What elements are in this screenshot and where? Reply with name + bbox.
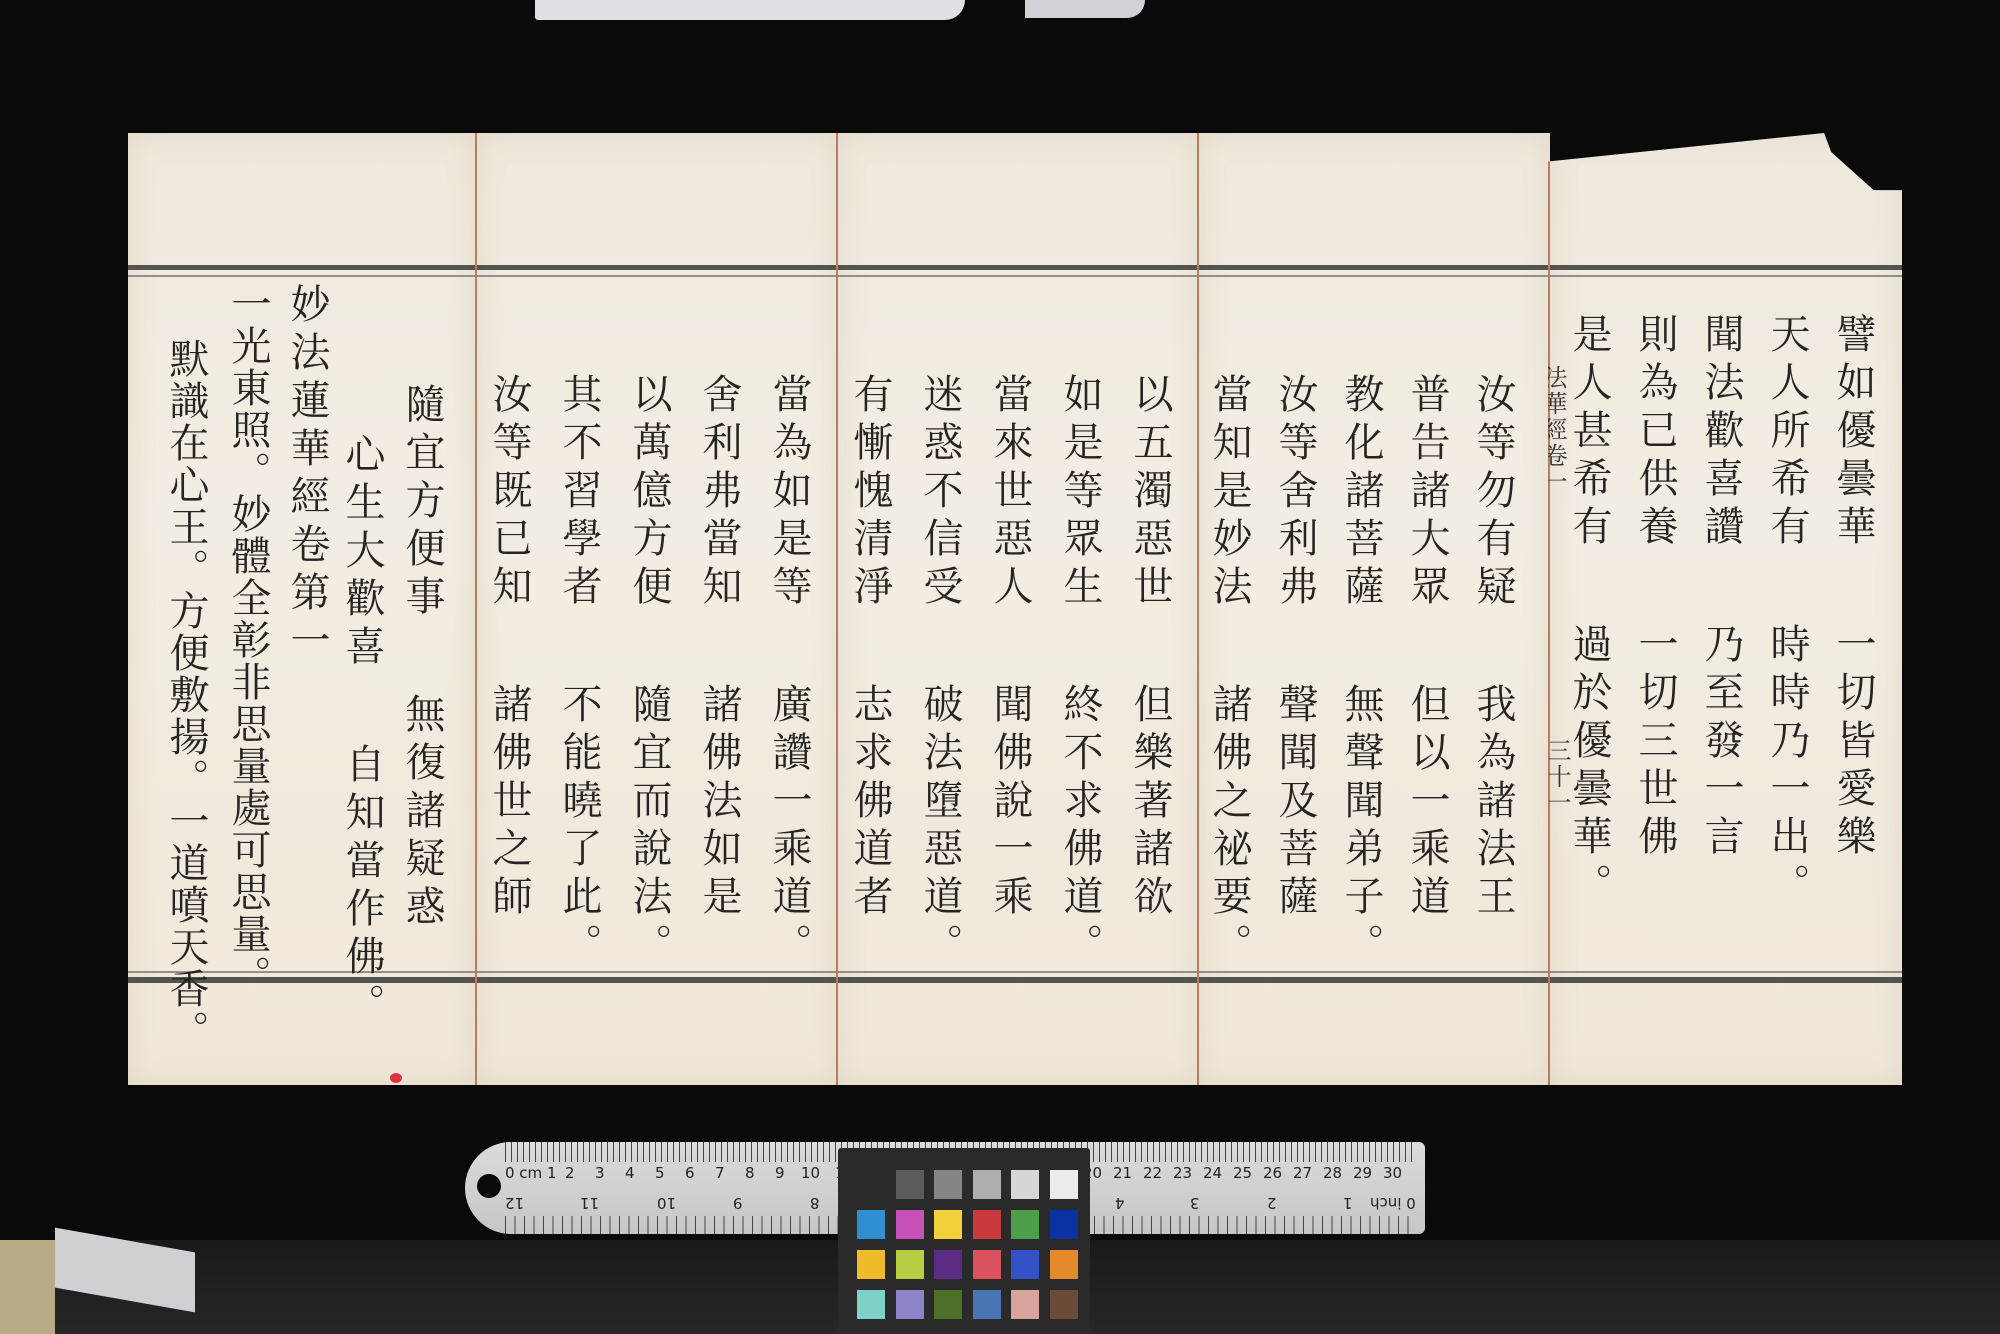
page-panel-3: 以五濁惡世但樂著諸欲 如是等眾生終不求佛道。 當來世惡人聞佛說一乘 迷惑不信受破… (836, 133, 1199, 1085)
color-swatch (973, 1250, 1001, 1279)
color-swatch (1011, 1290, 1039, 1319)
text-column: 迷惑不信受破法墮惡道。 (911, 373, 969, 965)
color-swatch (973, 1170, 1001, 1199)
page-panel-1: 法華經卷一 三十一 譬如優曇華一切皆愛樂 天人所希有時時乃一出。 聞法歡喜讚乃至… (1548, 133, 1902, 1085)
text-column: 是人甚希有過於優曇華。 (1560, 313, 1618, 965)
red-seal-mark (390, 1073, 402, 1083)
text-column: 如是等眾生終不求佛道。 (1051, 373, 1109, 965)
color-calibration-card (838, 1148, 1090, 1334)
color-swatch (934, 1210, 962, 1239)
color-swatch (1050, 1170, 1078, 1199)
text-column: 隨宜方便事無復諸疑惑 (393, 383, 451, 933)
text-column: 當來世惡人聞佛說一乘 (981, 373, 1039, 965)
page-panel-4: 當為如是等廣讚一乘道。 舍利弗當知諸佛法如是 以萬億方便隨宜而說法。 其不習學者… (475, 133, 838, 1085)
cardboard-edge (0, 1240, 55, 1334)
color-swatch (934, 1290, 962, 1319)
text-column: 以五濁惡世但樂著諸欲 (1121, 373, 1179, 965)
color-swatch (896, 1210, 924, 1239)
text-column: 汝等既已知諸佛世之師 (480, 373, 538, 965)
text-column: 以萬億方便隨宜而說法。 (620, 373, 678, 965)
text-column: 則為已供養一切三世佛 (1626, 313, 1684, 965)
text-column: 教化諸菩薩無聲聞弟子。 (1332, 373, 1390, 965)
tissue-paper-fold (1025, 0, 1145, 18)
text-column: 舍利弗當知諸佛法如是 (690, 373, 748, 965)
page-panel-5: 隨宜方便事無復諸疑惑 心生大歡喜自知當作佛。 妙法蓮華經卷第一 一光東照。妙體全… (128, 133, 475, 1085)
color-swatch (934, 1250, 962, 1279)
tissue-paper (535, 0, 965, 20)
text-column: 心生大歡喜自知當作佛。 (333, 433, 391, 1031)
text-column: 天人所希有時時乃一出。 (1758, 313, 1816, 965)
color-swatch (973, 1290, 1001, 1319)
color-swatch (857, 1210, 885, 1239)
text-column: 當為如是等廣讚一乘道。 (760, 373, 818, 965)
text-column: 聞法歡喜讚乃至發一言 (1692, 313, 1750, 965)
commentary-line-2: 默識在心王。方便敷揚。一道噴天香。 (156, 338, 214, 1052)
paper-scrap (55, 1228, 195, 1313)
color-swatch (1011, 1170, 1039, 1199)
color-swatch (857, 1170, 885, 1199)
top-rule (128, 265, 475, 270)
volume-title: 妙法蓮華經卷第一 (278, 283, 336, 667)
text-column: 汝等勿有疑我為諸法王 (1464, 373, 1522, 965)
color-swatch (857, 1290, 885, 1319)
color-swatch (1050, 1210, 1078, 1239)
commentary-line-1: 一光東照。妙體全彰非思量處可思量。 (218, 283, 276, 997)
text-column: 譬如優曇華一切皆愛樂 (1824, 313, 1882, 965)
color-swatch (1050, 1290, 1078, 1319)
column-bottom-text: 自知當作佛。 (339, 743, 385, 1031)
color-swatch (896, 1250, 924, 1279)
page-panel-2: 汝等勿有疑我為諸法王 普告諸大眾但以一乘道 教化諸菩薩無聲聞弟子。 汝等舍利弗聲… (1197, 133, 1550, 1085)
column-top-text: 隨宜方便事 (399, 383, 445, 623)
color-swatch (1011, 1250, 1039, 1279)
color-swatch (857, 1250, 885, 1279)
text-column: 汝等舍利弗聲聞及菩薩 (1266, 373, 1324, 965)
color-swatch (934, 1170, 962, 1199)
text-column: 有慚愧清淨志求佛道者 (841, 373, 899, 965)
column-top-text: 心生大歡喜 (339, 433, 385, 673)
top-rule-thin (128, 275, 475, 277)
ruler-hang-hole (477, 1174, 501, 1198)
color-swatch (896, 1290, 924, 1319)
color-swatch (1050, 1250, 1078, 1279)
color-swatch (973, 1210, 1001, 1239)
text-column: 其不習學者不能曉了此。 (550, 373, 608, 965)
text-column: 當知是妙法諸佛之祕要。 (1200, 373, 1258, 965)
color-swatch (1011, 1210, 1039, 1239)
column-bottom-text: 無復諸疑惑 (399, 693, 445, 933)
text-column: 普告諸大眾但以一乘道 (1398, 373, 1456, 965)
sutra-spread: 隨宜方便事無復諸疑惑 心生大歡喜自知當作佛。 妙法蓮華經卷第一 一光東照。妙體全… (128, 133, 1900, 1085)
color-swatch (896, 1170, 924, 1199)
